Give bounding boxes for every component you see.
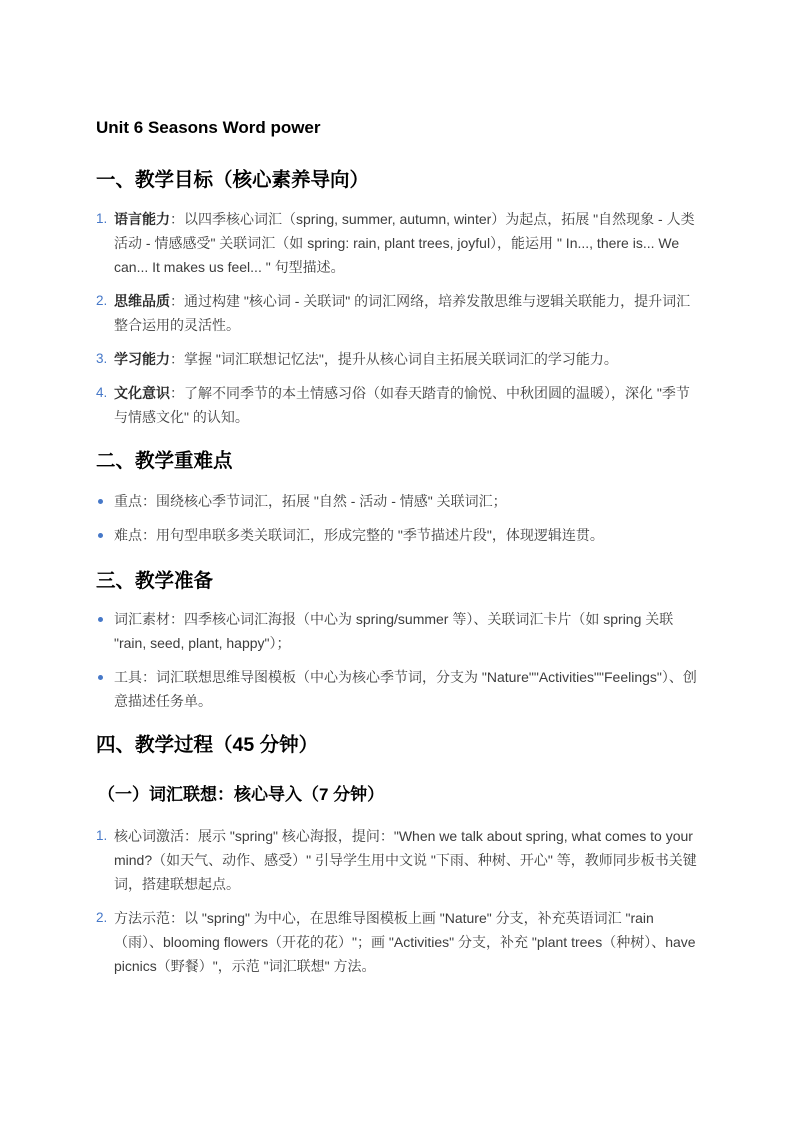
document-page: Unit 6 Seasons Word power 一、教学目标（核心素养导向）… (0, 0, 794, 1123)
item-body: ：掌握 "词汇联想记忆法"，提升从核心词自主拓展关联词汇的学习能力。 (170, 351, 618, 367)
section-heading-preparation: 三、教学准备 (96, 567, 698, 595)
section-heading-process: 四、教学过程（45 分钟） (96, 731, 698, 759)
list-item-text: 语言能力：以四季核心词汇（spring, summer, autumn, win… (114, 207, 698, 279)
objectives-list: 1. 语言能力：以四季核心词汇（spring, summer, autumn, … (96, 207, 698, 429)
item-body: ：以四季核心词汇（spring, summer, autumn, winter）… (114, 211, 695, 275)
list-item-text: 核心词激活：展示 "spring" 核心海报，提问："When we talk … (114, 824, 698, 896)
section-heading-key-points: 二、教学重难点 (96, 447, 698, 475)
section-heading-objectives: 一、教学目标（核心素养导向） (96, 166, 698, 194)
list-number: 3. (96, 347, 114, 371)
list-item-text: 重点：围绕核心季节词汇，拓展 "自然 - 活动 - 情感" 关联词汇； (114, 489, 698, 513)
bullet-dot-icon (96, 665, 114, 680)
list-item: 工具：词汇联想思维导图模板（中心为核心季节词，分支为 "Nature""Acti… (96, 665, 698, 713)
item-body: ：通过构建 "核心词 - 关联词" 的词汇网络，培养发散思维与逻辑关联能力，提升… (114, 293, 690, 333)
preparation-list: 词汇素材：四季核心词汇海报（中心为 spring/summer 等）、关联词汇卡… (96, 607, 698, 713)
list-item-text: 方法示范：以 "spring" 为中心，在思维导图模板上画 "Nature" 分… (114, 906, 698, 978)
list-item-text: 词汇素材：四季核心词汇海报（中心为 spring/summer 等）、关联词汇卡… (114, 607, 698, 655)
list-item: 重点：围绕核心季节词汇，拓展 "自然 - 活动 - 情感" 关联词汇； (96, 489, 698, 513)
list-number: 1. (96, 207, 114, 231)
subsection-heading-lead-in: （一）词汇联想：核心导入（7 分钟） (98, 783, 698, 807)
list-item: 4. 文化意识：了解不同季节的本土情感习俗（如春天踏青的愉悦、中秋团圆的温暖），… (96, 381, 698, 429)
list-item: 词汇素材：四季核心词汇海报（中心为 spring/summer 等）、关联词汇卡… (96, 607, 698, 655)
list-item: 1. 语言能力：以四季核心词汇（spring, summer, autumn, … (96, 207, 698, 279)
list-item: 3. 学习能力：掌握 "词汇联想记忆法"，提升从核心词自主拓展关联词汇的学习能力… (96, 347, 698, 371)
list-item: 难点：用句型串联多类关联词汇，形成完整的 "季节描述片段"，体现逻辑连贯。 (96, 523, 698, 547)
list-item-text: 工具：词汇联想思维导图模板（中心为核心季节词，分支为 "Nature""Acti… (114, 665, 698, 713)
bullet-dot-icon (96, 489, 114, 504)
key-points-list: 重点：围绕核心季节词汇，拓展 "自然 - 活动 - 情感" 关联词汇； 难点：用… (96, 489, 698, 547)
item-lead: 文化意识 (114, 385, 170, 401)
list-item-text: 学习能力：掌握 "词汇联想记忆法"，提升从核心词自主拓展关联词汇的学习能力。 (114, 347, 698, 371)
bullet-dot-icon (96, 607, 114, 622)
list-number: 2. (96, 289, 114, 313)
item-lead: 思维品质 (114, 293, 170, 309)
list-item: 2. 方法示范：以 "spring" 为中心，在思维导图模板上画 "Nature… (96, 906, 698, 978)
item-lead: 语言能力 (114, 211, 170, 227)
item-lead: 学习能力 (114, 351, 170, 367)
list-number: 2. (96, 906, 114, 930)
list-item: 1. 核心词激活：展示 "spring" 核心海报，提问："When we ta… (96, 824, 698, 896)
list-number: 1. (96, 824, 114, 848)
list-item-text: 思维品质：通过构建 "核心词 - 关联词" 的词汇网络，培养发散思维与逻辑关联能… (114, 289, 698, 337)
document-title: Unit 6 Seasons Word power (96, 116, 698, 140)
list-number: 4. (96, 381, 114, 405)
list-item-text: 难点：用句型串联多类关联词汇，形成完整的 "季节描述片段"，体现逻辑连贯。 (114, 523, 698, 547)
list-item: 2. 思维品质：通过构建 "核心词 - 关联词" 的词汇网络，培养发散思维与逻辑… (96, 289, 698, 337)
bullet-dot-icon (96, 523, 114, 538)
list-item-text: 文化意识：了解不同季节的本土情感习俗（如春天踏青的愉悦、中秋团圆的温暖），深化 … (114, 381, 698, 429)
item-body: ：了解不同季节的本土情感习俗（如春天踏青的愉悦、中秋团圆的温暖），深化 "季节与… (114, 385, 690, 425)
process-list: 1. 核心词激活：展示 "spring" 核心海报，提问："When we ta… (96, 824, 698, 978)
